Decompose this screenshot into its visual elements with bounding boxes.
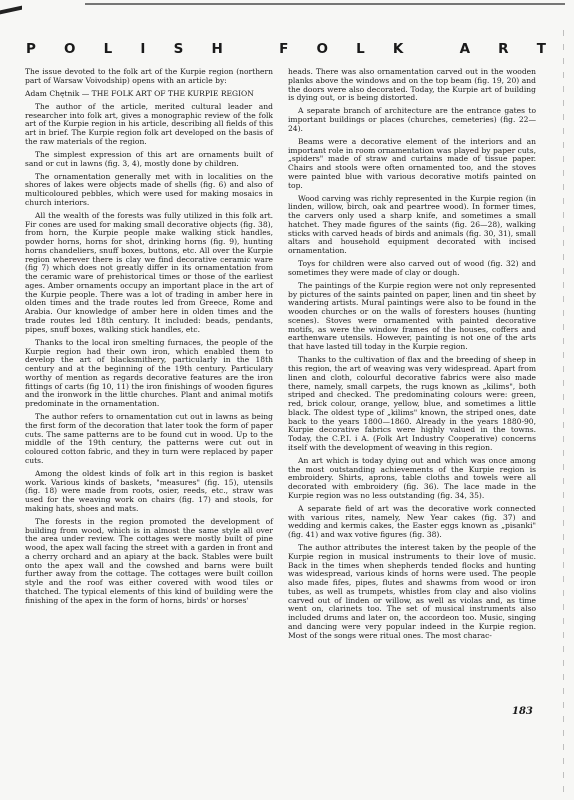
- title-letter: O: [64, 41, 75, 57]
- right-column: heads. There was also ornamentation carv…: [288, 68, 536, 645]
- paragraph: The ornamentation generally met with in …: [25, 173, 273, 208]
- title-letter: F: [279, 41, 288, 57]
- paragraph: All the wealth of the forests was fully …: [25, 212, 273, 335]
- scan-artifact-mark: [0, 6, 22, 15]
- paragraph: The author refers to ornamentation cut o…: [25, 413, 273, 466]
- paragraph: Beams were a decorative element of the i…: [288, 138, 536, 191]
- page-number: 183: [512, 706, 533, 717]
- paragraph: Among the oldest kinds of folk art in th…: [25, 470, 273, 514]
- title-letter: T: [537, 41, 546, 57]
- left-column: The issue devoted to the folk art of the…: [25, 68, 273, 610]
- title-letter: K: [393, 41, 403, 57]
- title-letter: I: [140, 41, 145, 57]
- title-letter: H: [211, 41, 222, 57]
- title-letter: L: [356, 41, 365, 57]
- paragraph: A separate branch of architecture are th…: [288, 107, 536, 133]
- title-letter: L: [104, 41, 113, 57]
- paragraph: A separate field of art was the decorati…: [288, 505, 536, 540]
- paragraph: Wood carving was richly represented in t…: [288, 195, 536, 256]
- title-letter: O: [316, 41, 327, 57]
- paragraph: The simplest expression of this art are …: [25, 151, 273, 169]
- scan-artifact-right-edge: [563, 30, 564, 800]
- paragraph: Toys for children were also carved out o…: [288, 260, 536, 278]
- paragraph: The paintings of the Kurpie region were …: [288, 282, 536, 352]
- title-letter: R: [498, 41, 508, 57]
- page-title: POLISHFOLKART: [26, 41, 546, 57]
- paragraph: The author attributes the interest taken…: [288, 544, 536, 640]
- paragraph: The forests in the region promoted the d…: [25, 518, 273, 606]
- title-letter: S: [174, 41, 184, 57]
- paragraph: heads. There was also ornamentation carv…: [288, 68, 536, 103]
- scan-artifact-top-edge: [85, 3, 565, 5]
- paragraph: Thanks to the cultivation of flax and th…: [288, 356, 536, 452]
- paragraph: Adam Chętnik — THE FOLK ART OF THE KURPI…: [25, 90, 273, 99]
- title-letter: A: [460, 41, 470, 57]
- paragraph: The author of the article, merited cultu…: [25, 103, 273, 147]
- paragraph: Thanks to the local iron smelting furnac…: [25, 339, 273, 409]
- paragraph: The issue devoted to the folk art of the…: [25, 68, 273, 86]
- paragraph: An art which is today dying out and whic…: [288, 457, 536, 501]
- title-letter: P: [26, 41, 36, 57]
